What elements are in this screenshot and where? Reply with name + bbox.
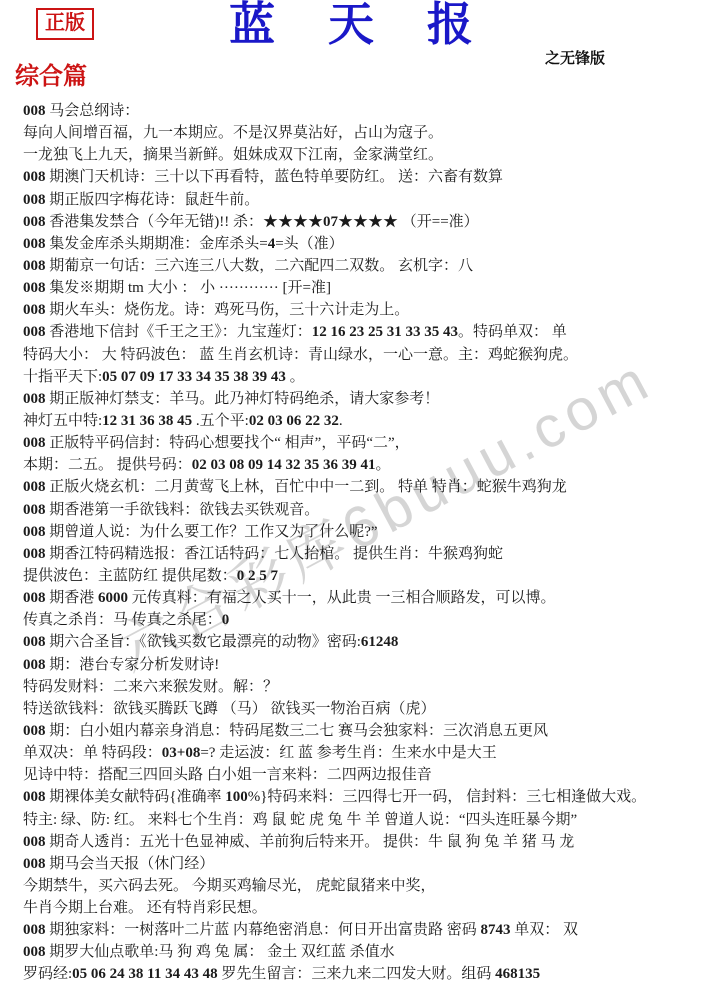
report-line: 罗码经:05 06 24 38 11 34 43 48 罗先生留言：三来九来二四…: [23, 963, 700, 985]
report-line: 008 期香港第一手欲钱料：欲钱去买铁观音。: [23, 499, 700, 521]
report-line: 008 期曾道人说：为什么要工作？工作又为了什么呢?”: [23, 521, 700, 543]
report-line: 008 期独家料：一树落叶二片蓝 内幕绝密消息：何日开出富贵路 密码 8743 …: [23, 919, 700, 941]
report-line: 008 期澳门天机诗：三十以下再看特，蓝色特单要防红。 送：六畜有数算: [23, 166, 700, 188]
report-line: 特主: 绿、防: 红。 来料七个生肖：鸡 鼠 蛇 虎 兔 牛 羊 曾道人说：“四…: [23, 809, 700, 831]
report-line: 008 期火车头：烧伤龙。诗：鸡死马伤，三十六计走为上。: [23, 299, 700, 321]
report-line: 本期：二五。 提供号码：02 03 08 09 14 32 35 36 39 4…: [23, 454, 700, 476]
newspaper-page: 六合彩库6buuu.com 正版 蓝 天 报 之无锋版 综合篇 008 马会总纲…: [0, 0, 702, 987]
report-line: 008 期葡京一句话：三六连三八大数，二六配四二双数。 玄机字：八: [23, 255, 700, 277]
report-line: 008 期奇人透肖：五光十色显神威、羊前狗后特来开。 提供：牛 鼠 狗 兔 羊 …: [23, 831, 700, 853]
report-line: 特码发财料：二来六来猴发财。解：？: [23, 676, 700, 698]
report-line: 见诗中特：搭配三四回头路 白小姐一言来料：二四两边报佳音: [23, 764, 700, 786]
report-line: 008 期罗大仙点歌单:马 狗 鸡 兔 属： 金土 双红蓝 杀值水: [23, 941, 700, 963]
report-line: 今期禁牛，买六码去死。 今期买鸡输尽光， 虎蛇鼠猪来中奖，: [23, 875, 700, 897]
report-line: 008 马会总纲诗：: [23, 100, 700, 122]
report-line: 牛肖今期上台难。 还有特肖彩民想。: [23, 897, 700, 919]
report-line: 提供波色：主蓝防红 提供尾数：0 2 5 7: [23, 565, 700, 587]
edition-label: 之无锋版: [545, 47, 605, 68]
report-line: 一龙独飞上九天，摘果当新鲜。姐妹成双下江南，金家满堂红。: [23, 144, 700, 166]
report-line: 008 期正版四字梅花诗：鼠赶牛前。: [23, 189, 700, 211]
report-line: 十指平天下:05 07 09 17 33 34 35 38 39 43 。: [23, 366, 700, 388]
report-line: 单双决：单 特码段：03+08=? 走运波：红 蓝 参考生肖：生来水中是大王: [23, 742, 700, 764]
report-line: 008 期正版神灯禁支：羊马。此乃神灯特码绝杀，请大家参考！: [23, 388, 700, 410]
report-line: 传真之杀肖：马 传真之杀尾：0: [23, 609, 700, 631]
report-line: 008 正版火烧玄机：二月黄莺飞上林，百忙中中一二到。 特单 特肖：蛇猴牛鸡狗龙: [23, 476, 700, 498]
report-line: 008 期：港台专家分析发财诗!: [23, 654, 700, 676]
report-line: 008 期：白小姐内幕亲身消息：特码尾数三二七 赛马会独家料：三次消息五更风: [23, 720, 700, 742]
report-line: 008 期六合圣旨：《欲钱买数它最漂亮的动物》密码:61248: [23, 631, 700, 653]
report-line: 神灯五中特:12 31 36 38 45 .五个平:02 03 06 22 32…: [23, 410, 700, 432]
report-line: 特送欲钱料：欲钱买腾跃飞蹲 （马） 欲钱买一物治百病（虎）: [23, 698, 700, 720]
report-line: 每向人间增百福，九一本期应。不是汉界莫沾好，占山为寇子。: [23, 122, 700, 144]
report-line: 008 期裸体美女献特码{准确率 100%}特码来料：三四得七开一码， 信封料：…: [23, 786, 700, 808]
report-body: 008 马会总纲诗：每向人间增百福，九一本期应。不是汉界莫沾好，占山为寇子。一龙…: [23, 100, 700, 986]
report-line: 008 期香江特码精选报：香江话特码：七人抬棺。 提供生肖：牛猴鸡狗蛇: [23, 543, 700, 565]
report-line: 特码大小： 大 特码波色： 蓝 生肖玄机诗：青山绿水，一心一意。主：鸡蛇猴狗虎。: [23, 344, 700, 366]
report-line: 008 正版特平码信封：特码心想要找个“ 相声”，平码“二”，: [23, 432, 700, 454]
report-line: 008 期马会当天报（休门经）: [23, 853, 700, 875]
report-line: 008 期香港 6000 元传真料：有福之人买十一，从此贵 一三相合顺路发，可以…: [23, 587, 700, 609]
report-line: 008 香港地下信封《千王之王》：九宝莲灯：12 16 23 25 31 33 …: [23, 321, 700, 343]
report-line: 008 集发金库杀头期期准：金库杀头=4=头（准）: [23, 233, 700, 255]
report-line: 008 香港集发禁合（今年无错)!! 杀：★★★★07★★★★ （开==准）: [23, 211, 700, 233]
report-line: 008 集发※期期 tm 大小 ： 小 ············ [开=准]: [23, 277, 700, 299]
section-heading: 综合篇: [15, 56, 87, 91]
page-title: 蓝 天 报: [0, 0, 702, 51]
